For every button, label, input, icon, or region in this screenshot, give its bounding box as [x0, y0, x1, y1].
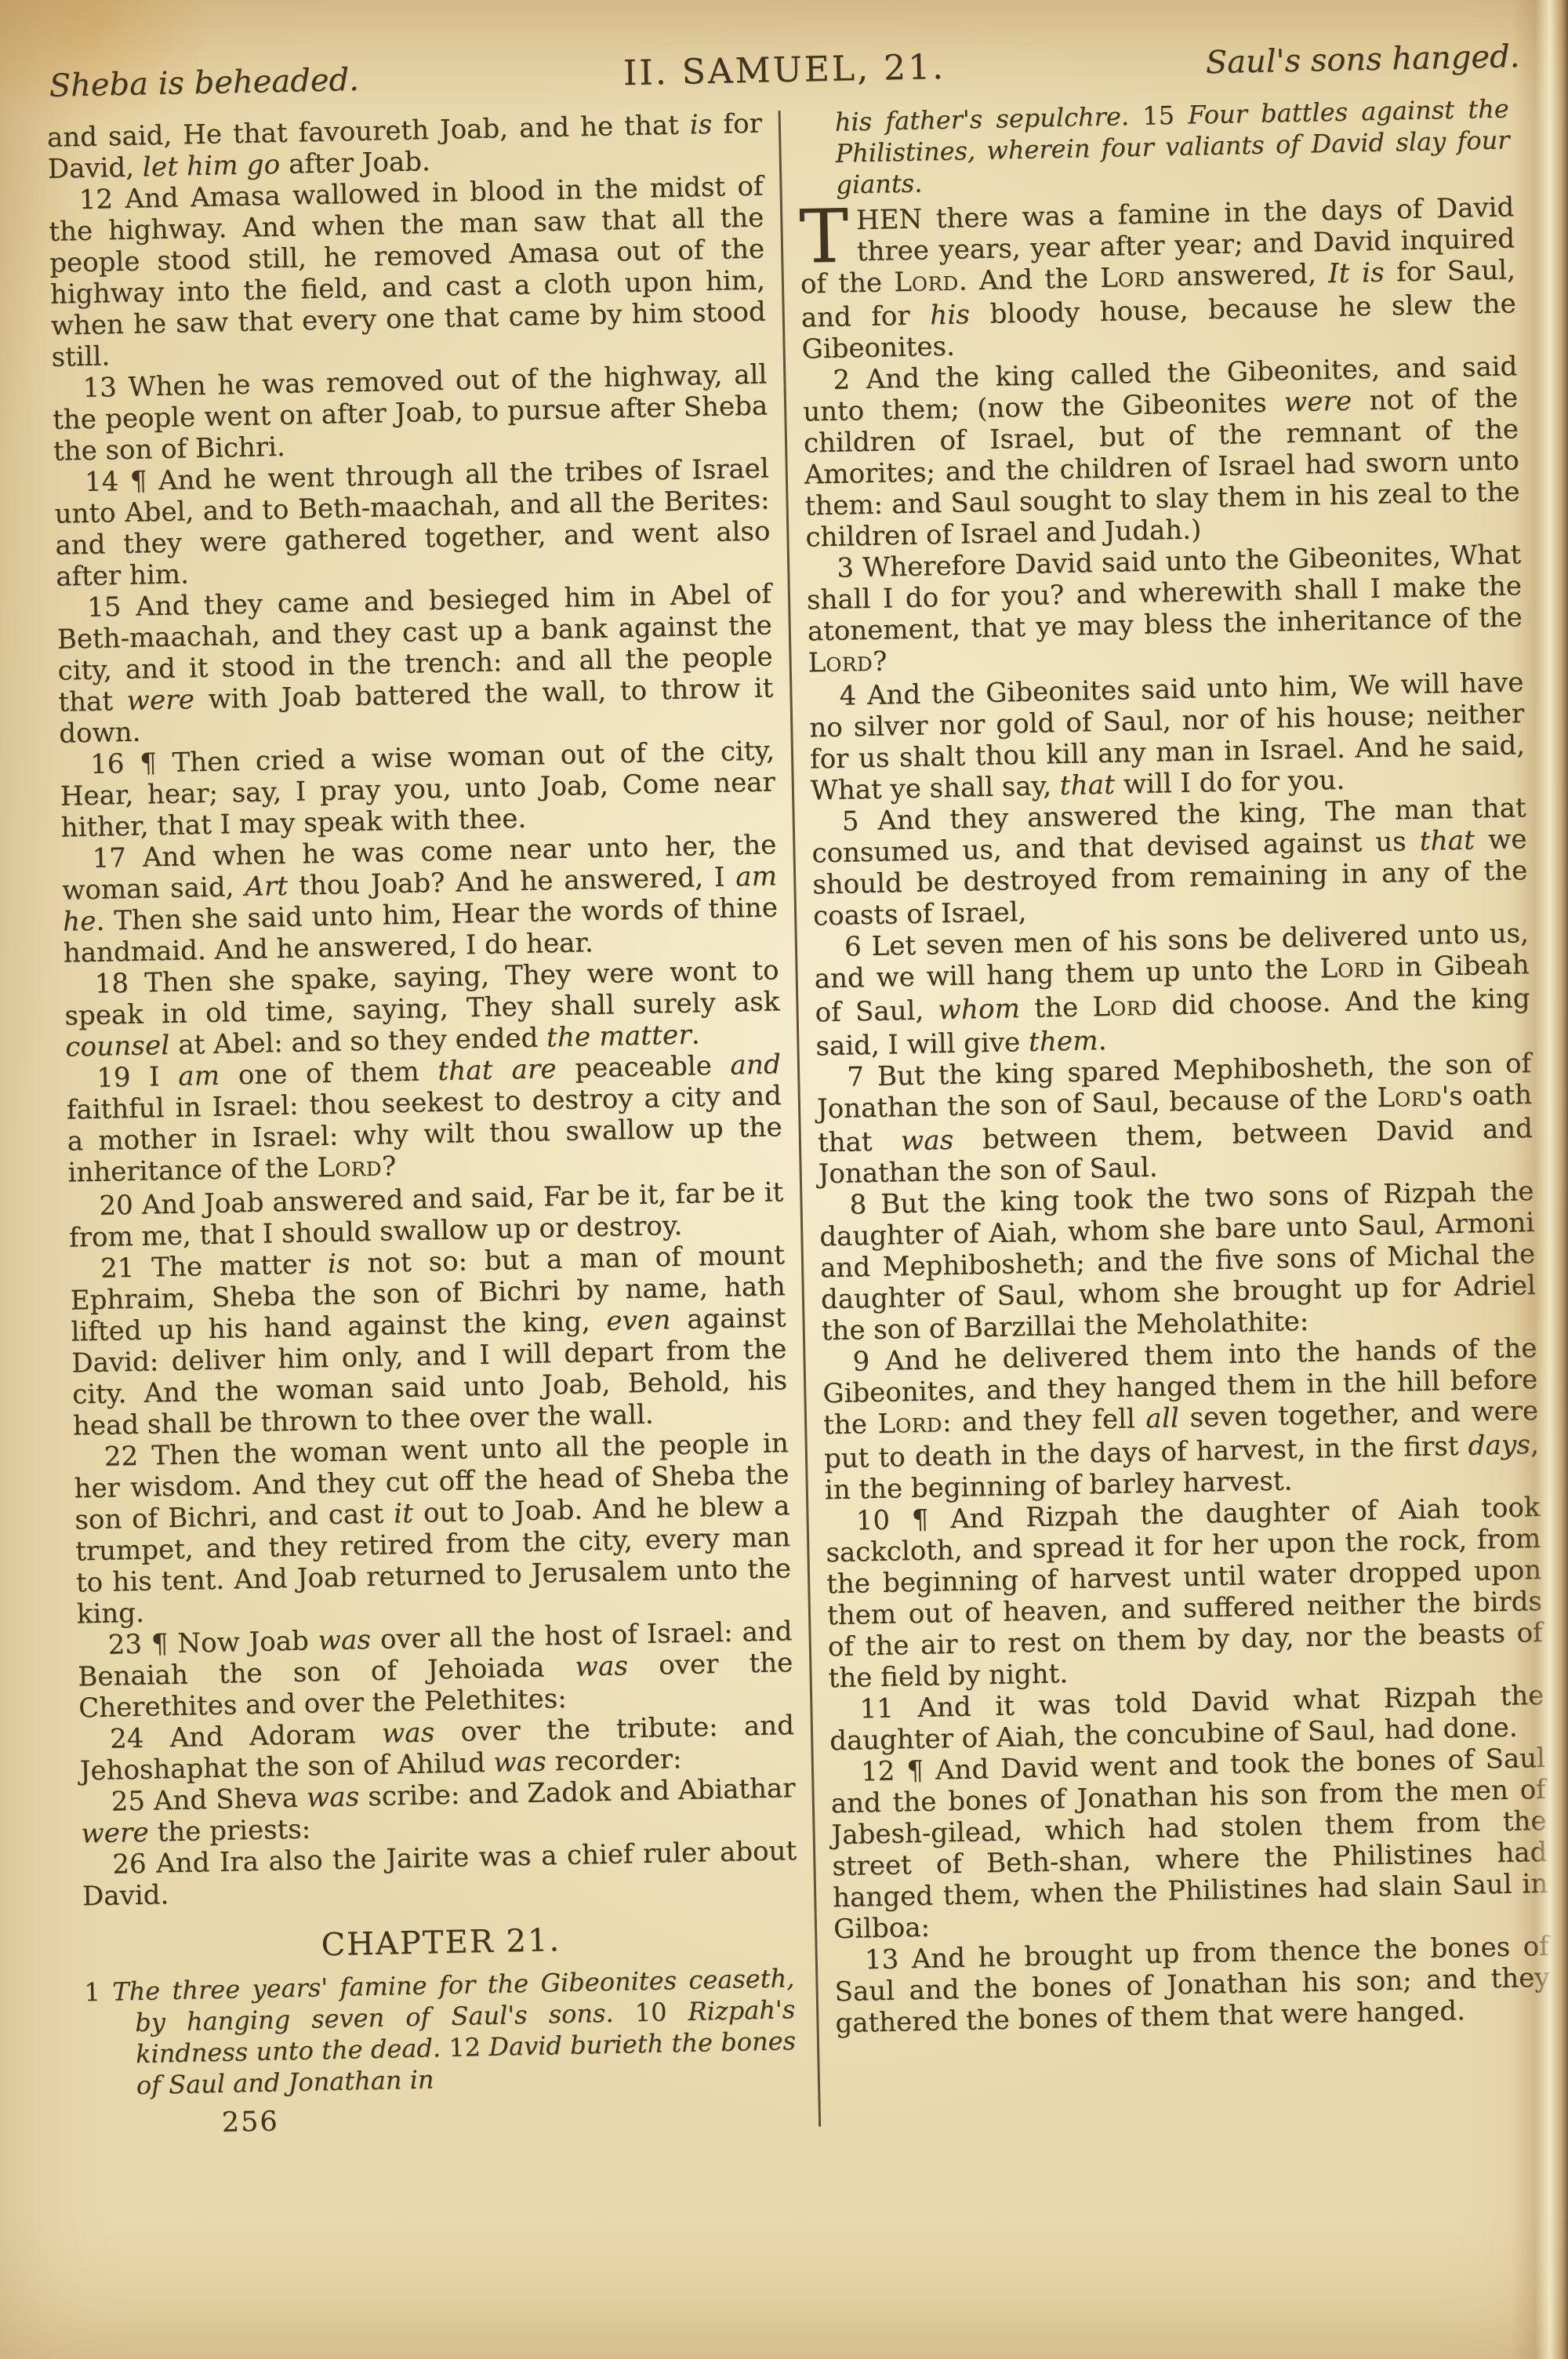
page-content: Sheba is beheaded. II. SAMUEL, 21. Saul'… — [45, 35, 1564, 2141]
verse-paragraph: 8 But the king took the two sons of Rizp… — [818, 1176, 1537, 1347]
verse-paragraph: 22 Then the woman went unto all the peop… — [73, 1427, 792, 1630]
verse-paragraph: 3 Wherefore David said unto the Gibeonit… — [806, 539, 1523, 681]
verse-paragraph: 14 ¶ And he went through all the tribes … — [53, 453, 771, 592]
running-head-title: II. SAMUEL, 21. — [508, 45, 1060, 96]
text-columns: and said, He that favoureth Joab, and he… — [47, 93, 1564, 2141]
running-head-right: Saul's sons hanged. — [1060, 38, 1520, 84]
verse-paragraph: 26 And Ira also the Jairite was a chief … — [82, 1835, 797, 1912]
verse-paragraph: 17 And when he was come near unto her, t… — [61, 829, 779, 969]
chapter-heading: CHAPTER 21. — [83, 1920, 799, 1965]
verse-paragraph: 7 But the king spared Mephibosheth, the … — [816, 1048, 1534, 1190]
verse-paragraph: 21 The matter is not so: but a man of mo… — [70, 1239, 789, 1441]
chapter-summary-continuation: his father's sepulchre. 15 Four battles … — [797, 93, 1513, 201]
verse-paragraph: 18 Then she spake, saying, They were won… — [64, 954, 780, 1063]
chapter-summary: 1 The three years' famine for the Gibeon… — [84, 1962, 801, 2102]
drop-cap-lead: HEN — [856, 204, 923, 237]
verse-paragraph: 23 ¶ Now Joab was over all the host of I… — [77, 1616, 793, 1724]
drop-cap: T — [799, 205, 857, 266]
verse-paragraph: 5 And they answered the king, The man th… — [811, 792, 1528, 932]
verse-paragraph: 4 And the Gibeonites said unto him, We w… — [808, 667, 1526, 806]
verse-paragraph: 13 When he was removed out of the highwa… — [52, 359, 768, 467]
verse-paragraph: 6 Let seven men of his sons be delivered… — [814, 918, 1531, 1062]
verse-paragraph: 9 And he delivered them into the hands o… — [822, 1332, 1540, 1506]
verse-paragraph: 16 ¶ Then cried a wise woman out of the … — [60, 735, 776, 843]
verse-paragraph: 12 ¶ And David went and took the bones o… — [830, 1743, 1549, 1945]
verse-paragraph: 12 And Amasa wallowed in blood in the mi… — [48, 171, 767, 373]
verse-paragraph: 10 ¶ And Rizpah the daughter of Aiah too… — [825, 1492, 1544, 1694]
running-head-left: Sheba is beheaded. — [49, 59, 509, 104]
right-column: his father's sepulchre. 15 Four battles … — [797, 93, 1552, 2126]
verse-paragraph: 15 And they came and besieged him in Abe… — [56, 578, 775, 749]
running-header: Sheba is beheaded. II. SAMUEL, 21. Saul'… — [49, 35, 1520, 105]
verse-paragraph: THEN there was a famine in the days of D… — [799, 191, 1517, 365]
page-number: 256 — [87, 2095, 803, 2141]
left-column: and said, He that favoureth Joab, and he… — [47, 108, 802, 2142]
verse-paragraph: 19 I am one of them that are peaceable a… — [66, 1049, 783, 1190]
verse-paragraph: 13 And he brought up from thence the bon… — [834, 1931, 1551, 2039]
scanned-bible-page: Sheba is beheaded. II. SAMUEL, 21. Saul'… — [0, 0, 1568, 2359]
verse-paragraph: 2 And the king called the Gibeonites, an… — [802, 351, 1521, 553]
